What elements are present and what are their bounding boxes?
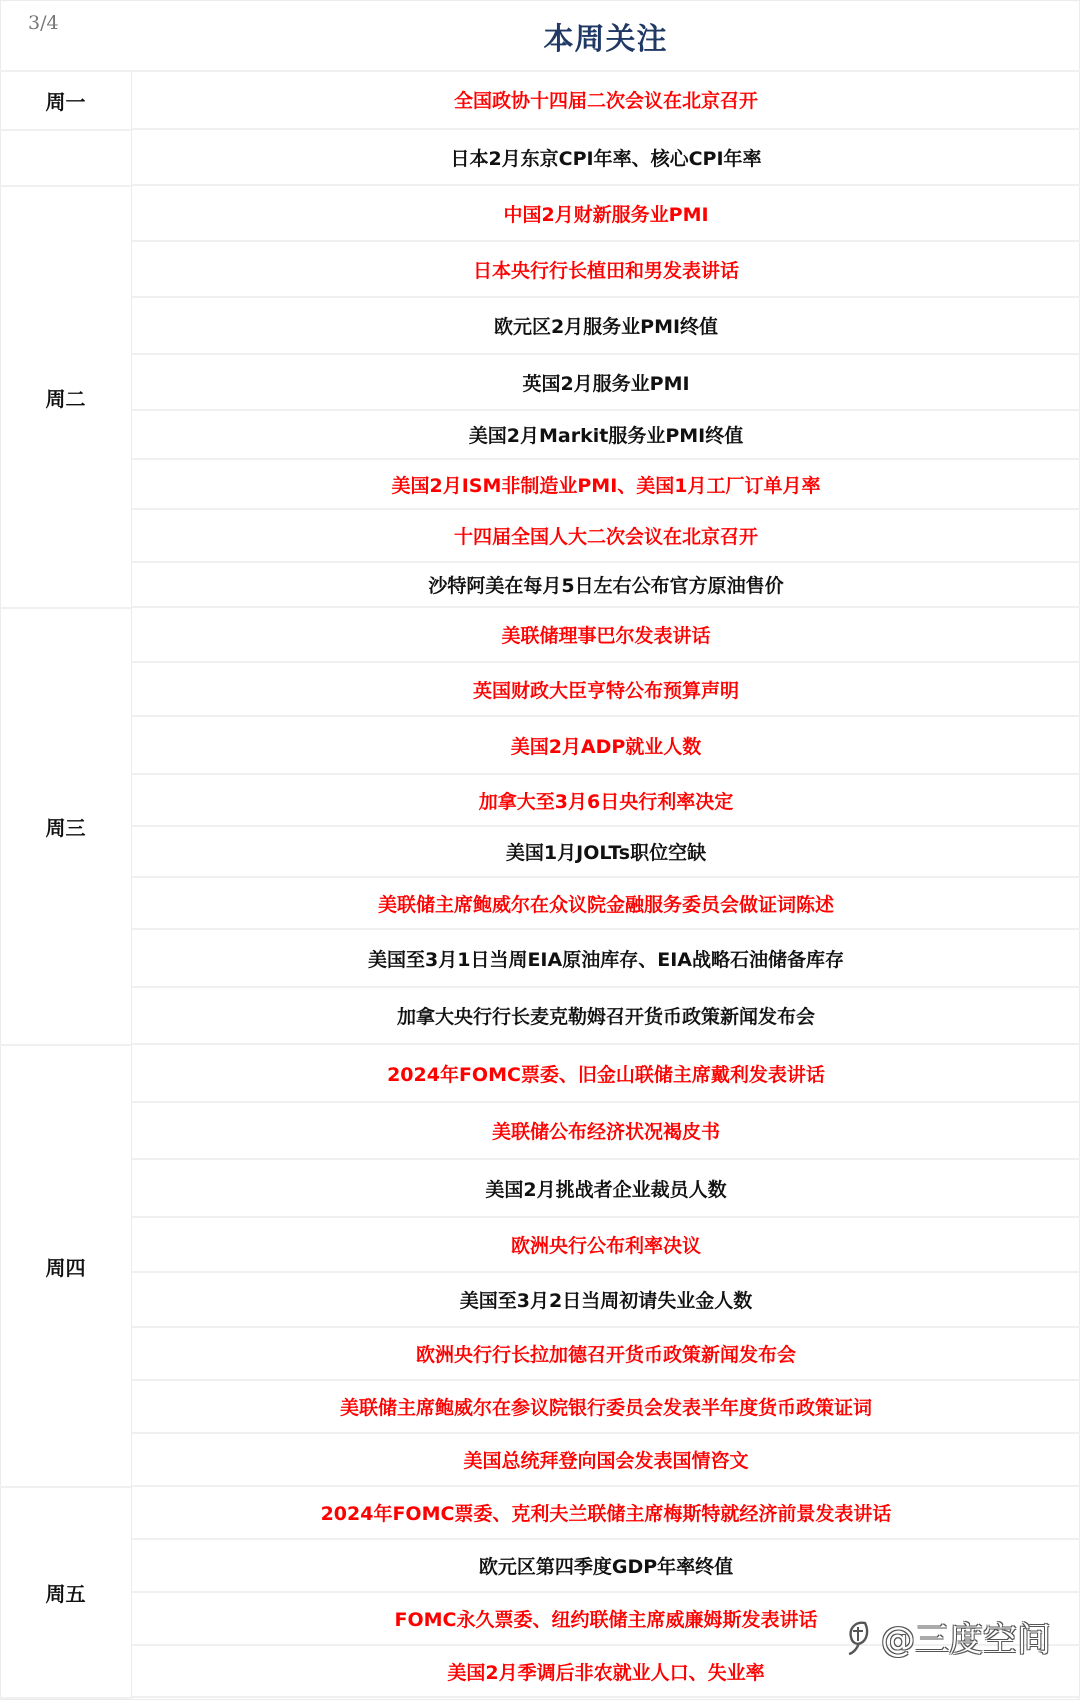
event-row: 美国2月ISM非制造业PMI、美国1月工厂订单月率 — [132, 460, 1080, 510]
day-divider — [0, 1697, 131, 1699]
event-row: 英国财政大臣亨特公布预算声明 — [132, 663, 1080, 717]
day-label: 周五 — [0, 1487, 131, 1698]
event-row: 美国1月JOLTs职位空缺 — [132, 827, 1080, 878]
day-label: 周三 — [0, 608, 131, 1045]
day-label — [0, 130, 131, 186]
event-row: 美联储主席鲍威尔在参议院银行委员会发表半年度货币政策证词 — [132, 1381, 1080, 1434]
watermark: @三度空间 — [843, 1612, 1051, 1661]
page-title: 本周关注 — [131, 14, 1080, 58]
event-row: 美联储公布经济状况褐皮书 — [132, 1103, 1080, 1160]
event-row: 美联储主席鲍威尔在众议院金融服务委员会做证词陈述 — [132, 878, 1080, 930]
event-row: 美国总统拜登向国会发表国情咨文 — [132, 1434, 1080, 1487]
event-row: 欧洲央行行长拉加德召开货币政策新闻发布会 — [132, 1328, 1080, 1381]
event-row: 十四届全国人大二次会议在北京召开 — [132, 510, 1080, 563]
event-row: 加拿大至3月6日央行利率决定 — [132, 775, 1080, 827]
event-row: 英国2月服务业PMI — [132, 355, 1080, 411]
event-row: 日本央行行长植田和男发表讲话 — [132, 242, 1080, 298]
event-row: 美国至3月2日当周初请失业金人数 — [132, 1273, 1080, 1328]
event-row: 欧洲央行公布利率决议 — [132, 1218, 1080, 1273]
event-row: 2024年FOMC票委、克利夫兰联储主席梅斯特就经济前景发表讲话 — [132, 1487, 1080, 1540]
event-row: 美联储理事巴尔发表讲话 — [132, 608, 1080, 663]
page-indicator: 3/4 — [28, 12, 59, 34]
watermark-text: @三度空间 — [881, 1612, 1051, 1661]
event-row: 中国2月财新服务业PMI — [132, 186, 1080, 242]
event-row: 日本2月东京CPI年率、核心CPI年率 — [132, 130, 1080, 186]
event-row: 欧元区2月服务业PMI终值 — [132, 298, 1080, 355]
event-row: 全国政协十四届二次会议在北京召开 — [132, 70, 1080, 130]
event-row: 美国2月挑战者企业裁员人数 — [132, 1160, 1080, 1218]
day-label: 周一 — [0, 70, 131, 130]
event-row: 美国2月Markit服务业PMI终值 — [132, 411, 1080, 460]
event-row: 2024年FOMC票委、旧金山联储主席戴利发表讲话 — [132, 1045, 1080, 1103]
day-label: 周四 — [0, 1045, 131, 1487]
event-row: 沙特阿美在每月5日左右公布官方原油售价 — [132, 563, 1080, 608]
day-label: 周二 — [0, 186, 131, 608]
event-row: 美国至3月1日当周EIA原油库存、EIA战略石油储备库存 — [132, 930, 1080, 988]
event-row: 加拿大央行行长麦克勒姆召开货币政策新闻发布会 — [132, 988, 1080, 1045]
event-row: 欧元区第四季度GDP年率终值 — [132, 1540, 1080, 1593]
zhihu-logo-icon — [843, 1617, 875, 1657]
event-row: 美国2月ADP就业人数 — [132, 717, 1080, 775]
